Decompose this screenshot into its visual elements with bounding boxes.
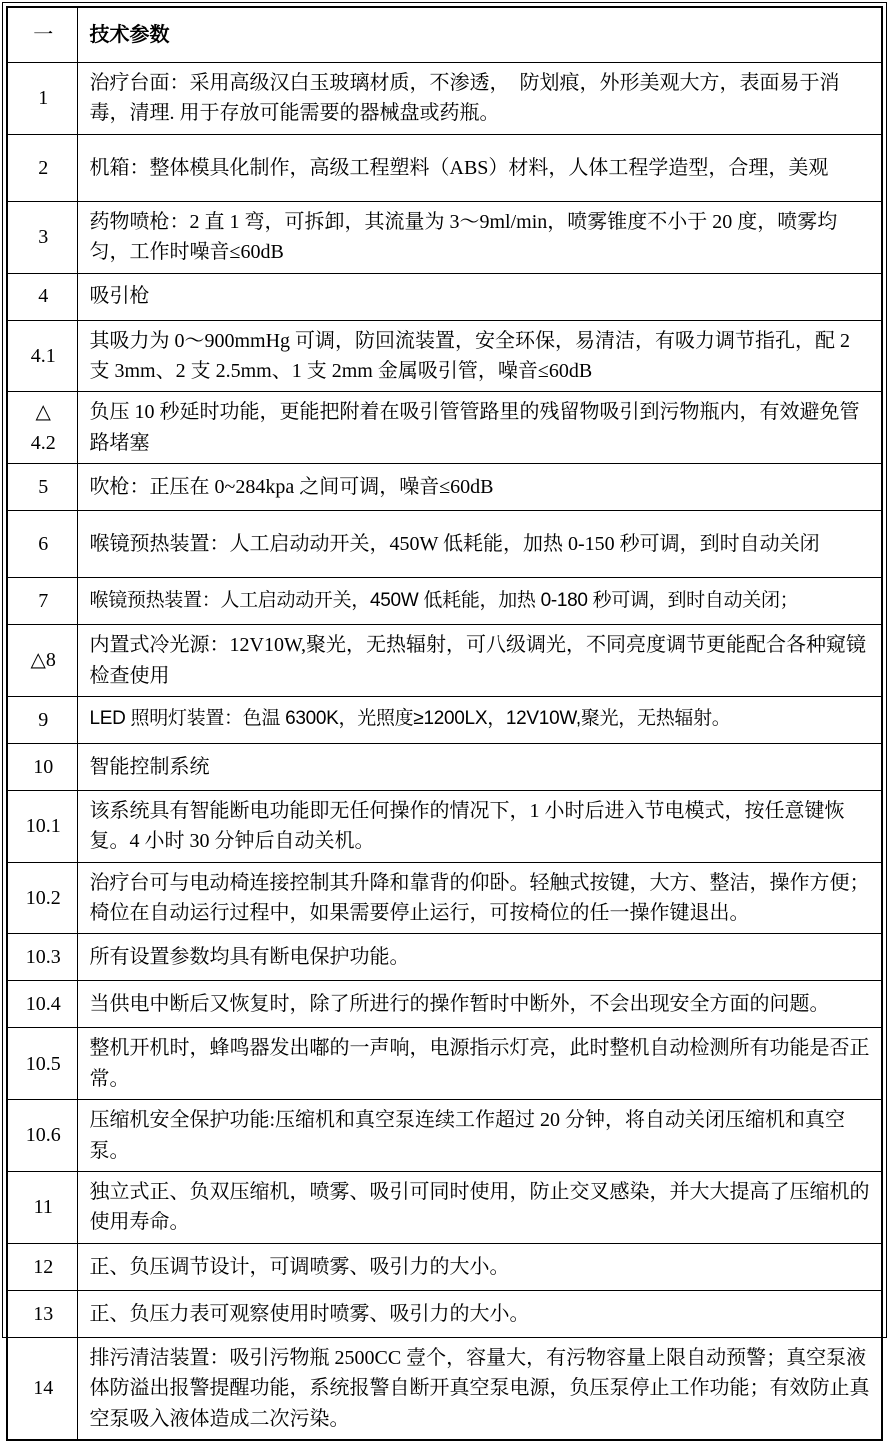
row-text-cell: LED 照明灯装置：色温 6300K，光照度≥1200LX，12V10W,聚光，… [77, 696, 882, 743]
table-row: 2 机箱：整体模具化制作，高级工程塑料（ABS）材料，人体工程学造型，合理，美观 [7, 134, 882, 201]
table-row: 10.2 治疗台可与电动椅连接控制其升降和靠背的仰卧。轻触式按键，大方、整洁，操… [7, 862, 882, 934]
table-row: 4.1 其吸力为 0～900mmHg 可调，防回流装置，安全环保，易清洁，有吸力… [7, 320, 882, 392]
row-text-cell: 喉镜预热装置：人工启动动开关，450W 低耗能，加热 0-150 秒可调，到时自… [77, 511, 882, 578]
row-number-cell: 4 [7, 273, 77, 320]
table-row: 9 LED 照明灯装置：色温 6300K，光照度≥1200LX，12V10W,聚… [7, 696, 882, 743]
table-row: △ 4.2 负压 10 秒延时功能，更能把附着在吸引管管路里的残留物吸引到污物瓶… [7, 392, 882, 464]
table-row: 4 吸引枪 [7, 273, 882, 320]
row-number-cell: 10.6 [7, 1100, 77, 1172]
row-text-cell: 治疗台面：采用高级汉白玉玻璃材质，不渗透， 防划痕，外形美观大方，表面易于消毒，… [77, 63, 882, 135]
row-number-cell: 14 [7, 1337, 77, 1440]
row-text-cell: 治疗台可与电动椅连接控制其升降和靠背的仰卧。轻触式按键，大方、整洁，操作方便；椅… [77, 862, 882, 934]
table-row: 10.3 所有设置参数均具有断电保护功能。 [7, 934, 882, 981]
table-row: 10.4 当供电中断后又恢复时，除了所进行的操作暂时中断外，不会出现安全方面的问… [7, 981, 882, 1028]
row-number-cell: 6 [7, 511, 77, 578]
table-header-row: 一 技术参数 [7, 7, 882, 63]
row-number-cell: 1 [7, 63, 77, 135]
row-text-cell: 排污清洁装置：吸引污物瓶 2500CC 壹个，容量大，有污物容量上限自动预警；真… [77, 1337, 882, 1440]
row-number-cell: 10.1 [7, 790, 77, 862]
document-page: 一 技术参数 1 治疗台面：采用高级汉白玉玻璃材质，不渗透， 防划痕，外形美观大… [0, 0, 889, 1340]
row-number-cell: 10.3 [7, 934, 77, 981]
row-number-cell: 10 [7, 743, 77, 790]
row-text-cell: 压缩机安全保护功能:压缩机和真空泵连续工作超过 20 分钟，将自动关闭压缩机和真… [77, 1100, 882, 1172]
row-number-cell: △ 4.2 [7, 392, 77, 464]
row-number-cell: 9 [7, 696, 77, 743]
row-number-cell: 5 [7, 464, 77, 511]
row-number-cell: 10.5 [7, 1028, 77, 1100]
row-text-cell: 正、负压力表可观察使用时喷雾、吸引力的大小。 [77, 1290, 882, 1337]
row-number-cell: 10.2 [7, 862, 77, 934]
table-row: 3 药物喷枪：2 直 1 弯，可拆卸，其流量为 3～9ml/min，喷雾锥度不小… [7, 201, 882, 273]
row-number-cell: 12 [7, 1243, 77, 1290]
row-number-cell: 2 [7, 134, 77, 201]
row-text-cell: 负压 10 秒延时功能，更能把附着在吸引管管路里的残留物吸引到污物瓶内，有效避免… [77, 392, 882, 464]
row-text-cell: 药物喷枪：2 直 1 弯，可拆卸，其流量为 3～9ml/min，喷雾锥度不小于 … [77, 201, 882, 273]
row-number-cell: 10.4 [7, 981, 77, 1028]
table-row: 6 喉镜预热装置：人工启动动开关，450W 低耗能，加热 0-150 秒可调，到… [7, 511, 882, 578]
table-row: 10.6 压缩机安全保护功能:压缩机和真空泵连续工作超过 20 分钟，将自动关闭… [7, 1100, 882, 1172]
row-number-cell: 11 [7, 1172, 77, 1244]
row-text-cell: 智能控制系统 [77, 743, 882, 790]
row-number-cell: 13 [7, 1290, 77, 1337]
table-row: 10.1 该系统具有智能断电功能即无任何操作的情况下，1 小时后进入节电模式，按… [7, 790, 882, 862]
table-row: △8 内置式冷光源：12V10W,聚光，无热辐射，可八级调光，不同亮度调节更能配… [7, 625, 882, 697]
table-row: 7 喉镜预热装置：人工启动动开关，450W 低耗能，加热 0-180 秒可调，到… [7, 578, 882, 625]
table-row: 14 排污清洁装置：吸引污物瓶 2500CC 壹个，容量大，有污物容量上限自动预… [7, 1337, 882, 1440]
row-text-cell: 喉镜预热装置：人工启动动开关，450W 低耗能，加热 0-180 秒可调，到时自… [77, 578, 882, 625]
row-text-cell: 内置式冷光源：12V10W,聚光，无热辐射，可八级调光，不同亮度调节更能配合各种… [77, 625, 882, 697]
row-text-cell: 当供电中断后又恢复时，除了所进行的操作暂时中断外，不会出现安全方面的问题。 [77, 981, 882, 1028]
row-text-cell: 其吸力为 0～900mmHg 可调，防回流装置，安全环保，易清洁，有吸力调节指孔… [77, 320, 882, 392]
table-outer-frame: 一 技术参数 1 治疗台面：采用高级汉白玉玻璃材质，不渗透， 防划痕，外形美观大… [2, 2, 887, 1338]
table-row: 10 智能控制系统 [7, 743, 882, 790]
table-row: 13 正、负压力表可观察使用时喷雾、吸引力的大小。 [7, 1290, 882, 1337]
row-number-cell: 3 [7, 201, 77, 273]
row-number-cell: 4.1 [7, 320, 77, 392]
table-row: 10.5 整机开机时，蜂鸣器发出嘟的一声响，电源指示灯亮，此时整机自动检测所有功… [7, 1028, 882, 1100]
table-row: 5 吹枪：正压在 0~284kpa 之间可调，噪音≤60dB [7, 464, 882, 511]
row-text-cell: 正、负压调节设计，可调喷雾、吸引力的大小。 [77, 1243, 882, 1290]
row-text-cell: 所有设置参数均具有断电保护功能。 [77, 934, 882, 981]
row-text-cell: 吹枪：正压在 0~284kpa 之间可调，噪音≤60dB [77, 464, 882, 511]
row-number-cell: 7 [7, 578, 77, 625]
header-index-cell: 一 [7, 7, 77, 63]
table-row: 12 正、负压调节设计，可调喷雾、吸引力的大小。 [7, 1243, 882, 1290]
row-text-cell: 吸引枪 [77, 273, 882, 320]
technical-parameters-table: 一 技术参数 1 治疗台面：采用高级汉白玉玻璃材质，不渗透， 防划痕，外形美观大… [6, 6, 883, 1441]
row-text-cell: 该系统具有智能断电功能即无任何操作的情况下，1 小时后进入节电模式，按任意键恢复… [77, 790, 882, 862]
header-title-cell: 技术参数 [77, 7, 882, 63]
row-text-cell: 独立式正、负双压缩机，喷雾、吸引可同时使用，防止交叉感染，并大大提高了压缩机的使… [77, 1172, 882, 1244]
row-text-cell: 机箱：整体模具化制作，高级工程塑料（ABS）材料，人体工程学造型，合理，美观 [77, 134, 882, 201]
row-number-cell: △8 [7, 625, 77, 697]
row-text-cell: 整机开机时，蜂鸣器发出嘟的一声响，电源指示灯亮，此时整机自动检测所有功能是否正常… [77, 1028, 882, 1100]
table-row: 1 治疗台面：采用高级汉白玉玻璃材质，不渗透， 防划痕，外形美观大方，表面易于消… [7, 63, 882, 135]
table-row: 11 独立式正、负双压缩机，喷雾、吸引可同时使用，防止交叉感染，并大大提高了压缩… [7, 1172, 882, 1244]
